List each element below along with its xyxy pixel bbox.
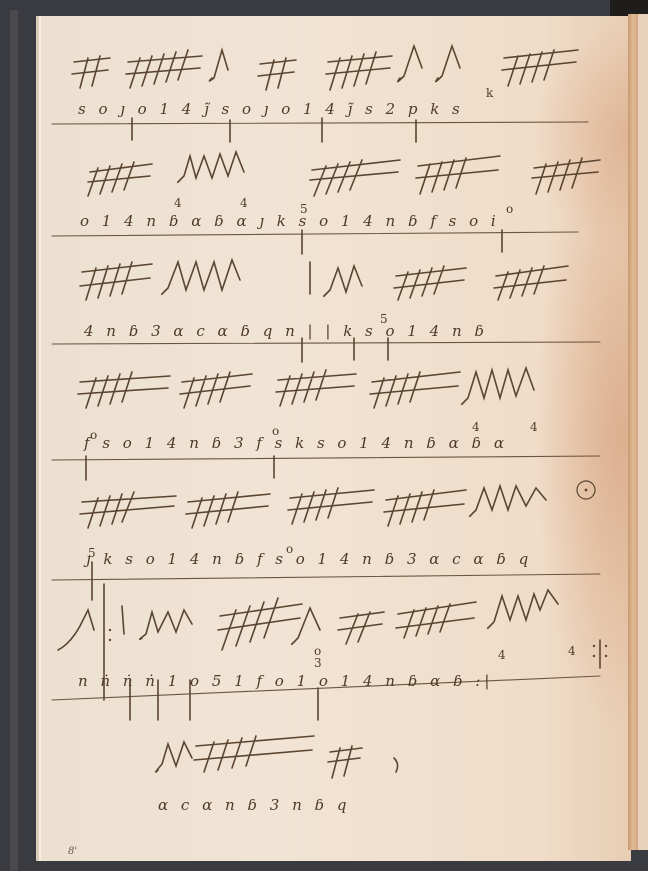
- system-2-above-mark: o: [506, 202, 513, 216]
- system-4-rhythm: [78, 368, 534, 408]
- system-7-rhythm: [156, 736, 398, 778]
- system-2-above-mark: 5: [300, 202, 308, 216]
- system-6-above-mark: 3: [314, 656, 322, 670]
- system-4-above-mark: 4: [530, 420, 538, 434]
- system-2-above-mark: 4: [240, 196, 248, 210]
- system-2-above-mark: 4: [174, 196, 182, 210]
- system-5-tablature: ȷ k s o 1 4 n ɓ f s o 1 4 n ɓ 3 α c α ɓ …: [86, 550, 532, 568]
- system-4-tablature: f s o 1 4 n ɓ 3 f s k s o 1 4 n ɓ α ɓ α: [84, 434, 508, 452]
- system-3-rhythm: [80, 260, 568, 300]
- system-5-above-mark: 5: [88, 546, 96, 560]
- system-4-above-mark: o: [90, 428, 97, 442]
- folio-number: 8': [68, 846, 77, 857]
- system-2-rhythm: [88, 152, 600, 196]
- system-2-tablature: o 1 4 n ɓ α ɓ α ȷ k s o 1 4 n ɓ f s o i: [80, 212, 500, 230]
- system-4-above-mark: o: [272, 424, 279, 438]
- system-3-above-mark: 5: [380, 312, 388, 326]
- system-3-tablature: 4 n ɓ 3 α c α ɓ q n | | k s o 1 4 n ɓ: [84, 322, 488, 340]
- system-5-rhythm: [80, 481, 595, 528]
- system-6-tablature: n ṅ ṅ ṅ 1 o 5 1 f o 1 o 1 4 n ɓ α ɓ :|: [78, 672, 493, 690]
- system-1-rhythm: [72, 46, 578, 90]
- system-7-tablature: α c α n ɓ 3 n ɓ q: [158, 796, 350, 814]
- system-6-above-mark: 4: [498, 648, 506, 662]
- system-5-above-mark: o: [286, 542, 293, 556]
- system-6-above-mark: 4: [568, 644, 576, 658]
- system-1-tablature: s o ȷ o 1 4 ȷ̃ s o ȷ o 1 4 ȷ̃ s 2 p k s: [78, 100, 464, 118]
- system-4-above-mark: 4: [472, 420, 480, 434]
- system-1-above-mark: k: [486, 86, 493, 100]
